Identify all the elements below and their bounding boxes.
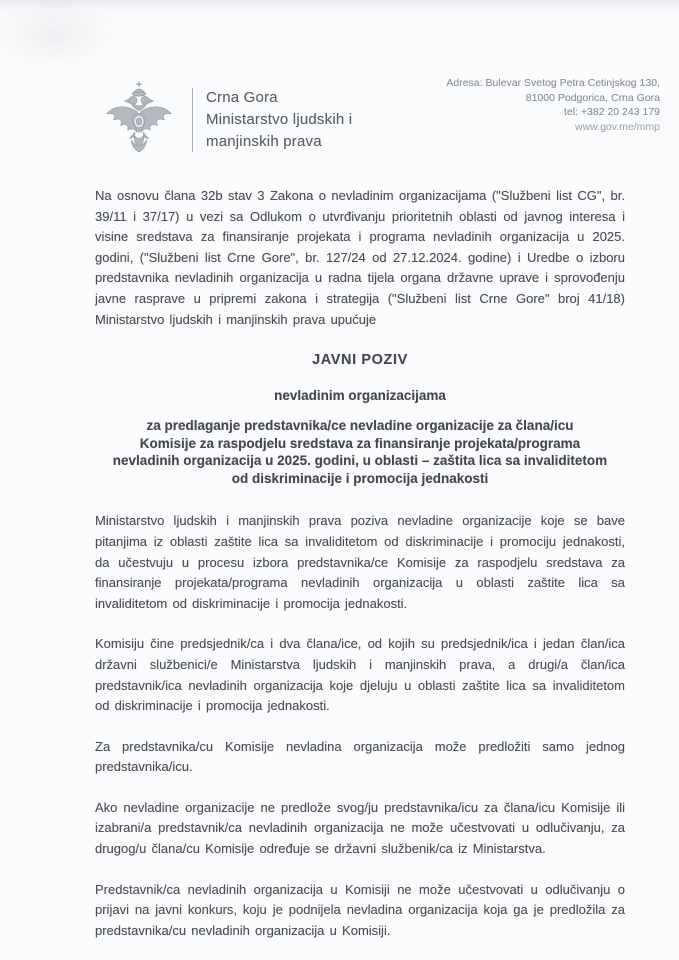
intro-paragraph: Na osnovu člana 32b stav 3 Zakona o nevl… <box>95 186 625 330</box>
ministry-name-block: Crna Gora Ministarstvo ljudskih i manjin… <box>206 87 352 153</box>
subject-line: nevladinih organizacija u 2025. godini, … <box>95 452 625 470</box>
body-paragraph: Komisiju čine predsjednik/ca i dva člana… <box>95 634 625 716</box>
document-title: JAVNI POZIV <box>95 350 625 371</box>
body-paragraph: Za predstavnika/cu Komisije nevladina or… <box>95 737 625 778</box>
ministry-name-line1: Ministarstvo ljudskih i <box>206 109 352 131</box>
subject-line: za predlaganje predstavnika/ce nevladine… <box>95 417 625 435</box>
body-paragraph: Ministarstvo ljudskih i manjinskih prava… <box>95 511 625 614</box>
body-paragraph: Predstavnik/ca nevladinih organizacija u… <box>95 880 625 942</box>
subject-line: od diskriminacije i promocija jednakosti <box>95 470 625 488</box>
scanned-document-page: Crna Gora Ministarstvo ljudskih i manjin… <box>0 0 679 960</box>
country-name: Crna Gora <box>206 87 352 109</box>
address-block: Adresa: Bulevar Svetog Petra Cetinjskog … <box>446 76 660 134</box>
address-city: 81000 Podgorica, Crna Gora <box>446 91 660 106</box>
ministry-name-line2: manjinskih prava <box>206 131 352 153</box>
letterhead-divider <box>192 88 193 152</box>
address-street: Adresa: Bulevar Svetog Petra Cetinjskog … <box>446 76 660 91</box>
document-subtitle: nevladinim organizacijama <box>95 386 625 407</box>
montenegro-coat-of-arms-icon <box>98 80 180 166</box>
body-paragraph: Ako nevladine organizacije ne predlože s… <box>95 798 625 860</box>
document-body: Na osnovu člana 32b stav 3 Zakona o nevl… <box>95 186 625 960</box>
subject-line: Komisije za raspodjelu sredstava za fina… <box>95 435 625 453</box>
website-url: www.gov.me/mmp <box>446 120 660 135</box>
document-subject: za predlaganje predstavnika/ce nevladine… <box>95 417 625 487</box>
address-phone: tel: +382 20 243 179 <box>446 105 660 120</box>
